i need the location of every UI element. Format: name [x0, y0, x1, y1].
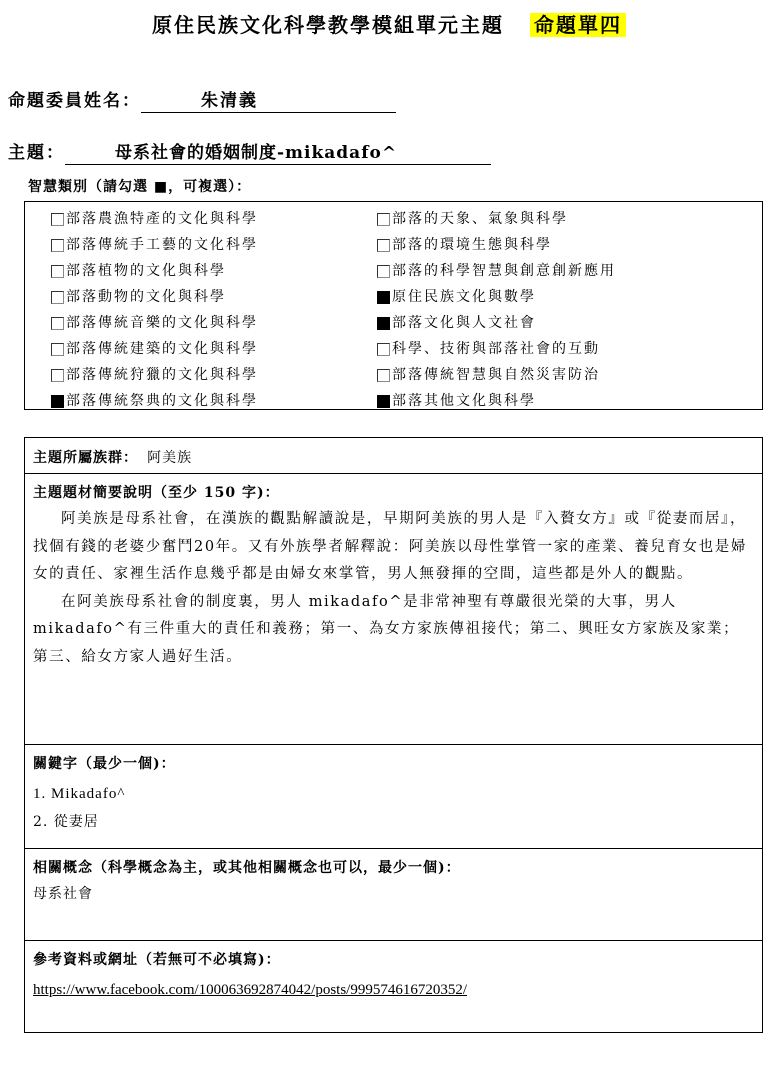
checkbox-item[interactable]: 部落植物的文化與科學: [51, 258, 258, 284]
checkbox-checked-icon[interactable]: [377, 317, 390, 330]
checkbox-label: 部落傳統音樂的文化與科學: [66, 312, 258, 334]
checkbox-item[interactable]: 原住民族文化與數學: [377, 284, 616, 310]
keyword-item: 2. 從妻居: [33, 809, 762, 835]
author-label: 命題委員姓名：: [8, 91, 141, 111]
ethnic-group-label: 主題所屬族群：: [33, 450, 138, 466]
description-label: 主題題材簡要說明（至少 150 字)：: [33, 482, 762, 504]
ethnic-group-section: 主題所屬族群： 阿美族: [25, 438, 762, 474]
checkbox-icon[interactable]: [51, 291, 64, 304]
keywords-label: 關鍵字（最少一個)：: [33, 753, 762, 775]
description-section: 主題題材簡要說明（至少 150 字)： 阿美族是母系社會，在漢族的觀點解讀說是，…: [25, 474, 762, 745]
checkbox-label: 原住民族文化與數學: [392, 286, 536, 308]
topic-field: 主題：母系社會的婚姻制度-mikadafo^: [8, 138, 491, 165]
checkbox-icon[interactable]: [51, 343, 64, 356]
checkbox-item[interactable]: 科學、技術與部落社會的互動: [377, 336, 616, 362]
topic-label: 主題：: [8, 143, 65, 163]
checkbox-item[interactable]: 部落傳統狩獵的文化與科學: [51, 362, 258, 388]
checkbox-icon[interactable]: [377, 239, 390, 252]
checkbox-item[interactable]: 部落傳統智慧與自然災害防治: [377, 362, 616, 388]
proposal-badge: 命題單四: [530, 13, 626, 37]
reference-link[interactable]: https://www.facebook.com/100063692874042…: [33, 982, 467, 998]
ethnic-group-value: 阿美族: [147, 450, 192, 466]
checkbox-icon[interactable]: [51, 213, 64, 226]
checkbox-label: 部落傳統建築的文化與科學: [66, 338, 258, 360]
checkbox-checked-icon[interactable]: [377, 291, 390, 304]
checkbox-item[interactable]: 部落其他文化與科學: [377, 388, 616, 414]
title-text: 原住民族文化科學教學模組單元主題: [152, 13, 504, 37]
category-column-left: 部落農漁特產的文化與科學 部落傳統手工藝的文化科學 部落植物的文化與科學 部落動…: [51, 206, 258, 414]
checkbox-icon[interactable]: [377, 343, 390, 356]
author-value: 朱清義: [141, 90, 396, 113]
checkbox-label: 部落傳統手工藝的文化科學: [66, 234, 258, 256]
checkbox-label: 部落傳統智慧與自然災害防治: [392, 364, 600, 386]
checkbox-item[interactable]: 部落的環境生態與科學: [377, 232, 616, 258]
checkbox-checked-icon[interactable]: [51, 395, 64, 408]
checkbox-label: 科學、技術與部落社會的互動: [392, 338, 600, 360]
checkbox-item[interactable]: 部落傳統建築的文化與科學: [51, 336, 258, 362]
category-column-right: 部落的天象、氣象與科學 部落的環境生態與科學 部落的科學智慧與創意創新應用 原住…: [377, 206, 616, 414]
topic-value: 母系社會的婚姻制度-mikadafo^: [65, 142, 491, 165]
concepts-section: 相關概念（科學概念為主，或其他相關概念也可以，最少一個)： 母系社會: [25, 849, 762, 941]
checkbox-item[interactable]: 部落動物的文化與科學: [51, 284, 258, 310]
checkbox-label: 部落的天象、氣象與科學: [392, 208, 568, 230]
checkbox-item[interactable]: 部落文化與人文社會: [377, 310, 616, 336]
keywords-section: 關鍵字（最少一個)： 1. Mikadafo^ 2. 從妻居: [25, 745, 762, 849]
wisdom-category-table: 部落農漁特產的文化與科學 部落傳統手工藝的文化科學 部落植物的文化與科學 部落動…: [24, 201, 763, 410]
document-title: 原住民族文化科學教學模組單元主題命題單四: [0, 10, 778, 40]
checkbox-label: 部落動物的文化與科學: [66, 286, 226, 308]
checkbox-checked-icon[interactable]: [377, 395, 390, 408]
checkbox-item[interactable]: 部落的科學智慧與創意創新應用: [377, 258, 616, 284]
checkbox-label: 部落的環境生態與科學: [392, 234, 552, 256]
checkbox-icon[interactable]: [377, 369, 390, 382]
checkbox-item[interactable]: 部落傳統祭典的文化與科學: [51, 388, 258, 414]
checkbox-icon[interactable]: [51, 317, 64, 330]
references-label: 參考資料或網址（若無可不必填寫)：: [33, 949, 762, 971]
checkbox-icon[interactable]: [377, 265, 390, 278]
checkbox-item[interactable]: 部落的天象、氣象與科學: [377, 206, 616, 232]
checkbox-label: 部落傳統祭典的文化與科學: [66, 390, 258, 412]
checkbox-item[interactable]: 部落傳統音樂的文化與科學: [51, 310, 258, 336]
checkbox-icon[interactable]: [51, 369, 64, 382]
description-paragraph: 在阿美族母系社會的制度裏，男人 mikadafo^是非常神聖有尊嚴很光榮的大事，…: [33, 589, 762, 672]
checkbox-label: 部落傳統狩獵的文化與科學: [66, 364, 258, 386]
checkbox-icon[interactable]: [377, 213, 390, 226]
checkbox-label: 部落的科學智慧與創意創新應用: [392, 260, 616, 282]
checkbox-item[interactable]: 部落農漁特產的文化與科學: [51, 206, 258, 232]
author-field: 命題委員姓名：朱清義: [8, 86, 396, 113]
checkbox-label: 部落植物的文化與科學: [66, 260, 226, 282]
checkbox-item[interactable]: 部落傳統手工藝的文化科學: [51, 232, 258, 258]
topic-info-table: 主題所屬族群： 阿美族 主題題材簡要說明（至少 150 字)： 阿美族是母系社會…: [24, 437, 763, 1033]
description-paragraph: 阿美族是母系社會，在漢族的觀點解讀說是，早期阿美族的男人是『入贅女方』或『從妻而…: [33, 506, 762, 589]
wisdom-category-label: 智慧類別（請勾選 ■，可複選）：: [28, 176, 251, 196]
keyword-item: 1. Mikadafo^: [33, 781, 762, 807]
concepts-label: 相關概念（科學概念為主，或其他相關概念也可以，最少一個)：: [33, 857, 762, 879]
checkbox-label: 部落文化與人文社會: [392, 312, 536, 334]
checkbox-label: 部落農漁特產的文化與科學: [66, 208, 258, 230]
concepts-value: 母系社會: [33, 881, 762, 907]
checkbox-icon[interactable]: [51, 239, 64, 252]
references-section: 參考資料或網址（若無可不必填寫)： https://www.facebook.c…: [25, 941, 762, 1034]
checkbox-label: 部落其他文化與科學: [392, 390, 536, 412]
checkbox-icon[interactable]: [51, 265, 64, 278]
